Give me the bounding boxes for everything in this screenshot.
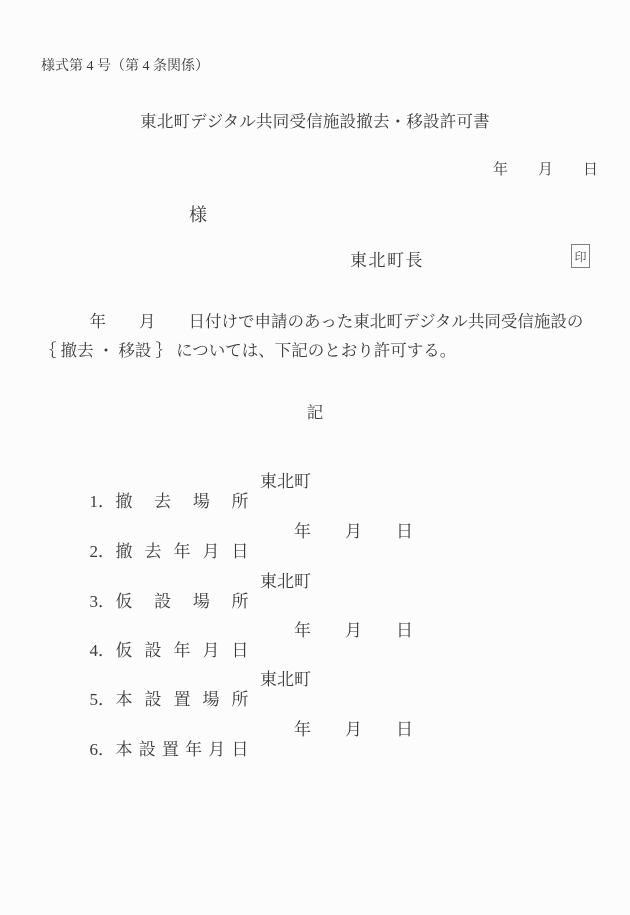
list-item-permanent-date: 6．本設置年月日 年 月 日 bbox=[64, 715, 249, 800]
seal-mark: 印 bbox=[574, 248, 586, 265]
item-number: 2． bbox=[90, 537, 116, 562]
issuer-name: 東北町長 bbox=[350, 246, 424, 271]
item-label: 本設置場所 bbox=[116, 685, 249, 710]
item-number: 3． bbox=[90, 587, 116, 612]
item-value: 東北町 bbox=[260, 665, 311, 690]
item-number: 6． bbox=[90, 735, 116, 760]
item-label: 本設置年月日 bbox=[116, 735, 249, 760]
item-value: 年 月 日 bbox=[260, 517, 413, 542]
item-label: 仮設場所 bbox=[116, 587, 249, 612]
item-value: 東北町 bbox=[260, 467, 311, 492]
item-number: 1． bbox=[90, 487, 116, 512]
item-value: 東北町 bbox=[260, 567, 311, 592]
form-number: 様式第 4 号（第 4 条関係） bbox=[41, 55, 209, 75]
seal-stamp-box: 印 bbox=[571, 244, 590, 268]
addressee-honorific: 様 bbox=[189, 201, 207, 227]
item-value: 年 月 日 bbox=[260, 616, 413, 641]
body-line-2: ｛ 撤去 ・ 移設 ｝ については、下記のとおり許可する。 bbox=[40, 337, 583, 366]
body-paragraph: 年 月 日付けで申請のあった東北町デジタル共同受信施設の ｛ 撤去 ・ 移設 ｝… bbox=[40, 308, 583, 365]
item-label: 撤去場所 bbox=[116, 487, 249, 512]
item-number: 5． bbox=[90, 685, 116, 710]
document-title: 東北町デジタル共同受信施設撤去・移設許可書 bbox=[0, 108, 630, 132]
item-label: 撤去年月日 bbox=[116, 537, 249, 562]
item-value: 年 月 日 bbox=[260, 715, 413, 740]
item-number: 4． bbox=[90, 636, 116, 661]
permit-document-page: 様式第 4 号（第 4 条関係） 東北町デジタル共同受信施設撤去・移設許可書 年… bbox=[0, 0, 630, 915]
section-marker: 記 bbox=[0, 399, 630, 423]
issue-date-blank: 年 月 日 bbox=[493, 158, 598, 179]
item-label: 仮設年月日 bbox=[116, 636, 249, 661]
body-line-1: 年 月 日付けで申請のあった東北町デジタル共同受信施設の bbox=[40, 308, 583, 337]
